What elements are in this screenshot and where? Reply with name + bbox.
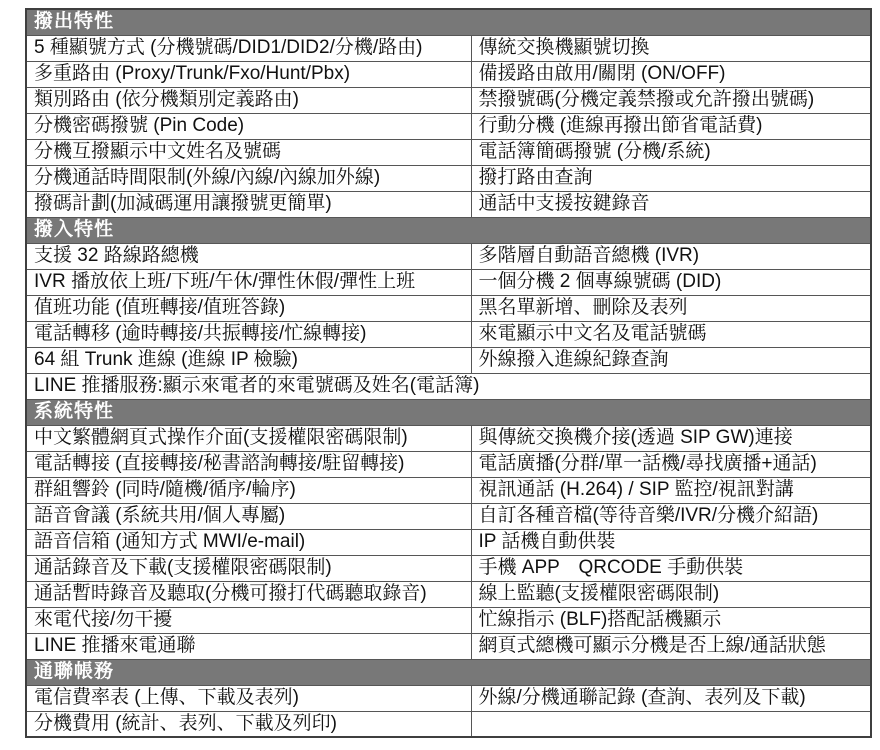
feature-cell-left: 分機互撥顯示中文姓名及號碼 [26,139,471,165]
feature-spec-table: 撥出特性 5 種顯號方式 (分機號碼/DID1/DID2/分機/路由) 傳統交換… [25,8,872,738]
feature-cell-left: IVR 播放依上班/下班/午休/彈性休假/彈性上班 [26,269,471,295]
feature-cell-right: 來電顯示中文名及電話號碼 [471,321,871,347]
feature-row: 群組響鈴 (同時/隨機/循序/輪序) 視訊通話 (H.264) / SIP 監控… [26,477,871,503]
feature-cell-left: 多重路由 (Proxy/Trunk/Fxo/Hunt/Pbx) [26,61,471,87]
feature-row: IVR 播放依上班/下班/午休/彈性休假/彈性上班 一個分機 2 個專線號碼 (… [26,269,871,295]
feature-cell-right: 多階層自動語音總機 (IVR) [471,243,871,269]
section-title-incoming: 撥入特性 [26,217,871,243]
feature-cell-left: 5 種顯號方式 (分機號碼/DID1/DID2/分機/路由) [26,35,471,61]
feature-cell-full: LINE 推播服務:顯示來電者的來電號碼及姓名(電話簿) [26,373,871,399]
section-title-billing: 通聯帳務 [26,659,871,685]
feature-row: 值班功能 (值班轉接/值班答錄) 黑名單新增、刪除及表列 [26,295,871,321]
feature-row: 撥碼計劃(加減碼運用讓撥號更簡單) 通話中支援按鍵錄音 [26,191,871,217]
feature-row: 分機通話時間限制(外線/內線/內線加外線) 撥打路由查詢 [26,165,871,191]
feature-cell-left: 支援 32 路線路總機 [26,243,471,269]
feature-cell-right: 手機 APP QRCODE 手動供裝 [471,555,871,581]
feature-cell-left: 電信費率表 (上傳、下載及表列) [26,685,471,711]
section-title-outgoing: 撥出特性 [26,9,871,35]
feature-row: 分機密碼撥號 (Pin Code) 行動分機 (進線再撥出節省電話費) [26,113,871,139]
feature-cell-left: 分機費用 (統計、表列、下載及列印) [26,711,471,737]
feature-row: 支援 32 路線路總機 多階層自動語音總機 (IVR) [26,243,871,269]
feature-cell-left: 語音信箱 (通知方式 MWI/e-mail) [26,529,471,555]
feature-cell-left: 來電代接/勿干擾 [26,607,471,633]
section-header-row: 通聯帳務 [26,659,871,685]
feature-cell-left: 通話錄音及下載(支援權限密碼限制) [26,555,471,581]
section-title-system: 系統特性 [26,399,871,425]
feature-cell-left: 分機通話時間限制(外線/內線/內線加外線) [26,165,471,191]
feature-cell-right: 傳統交換機顯號切換 [471,35,871,61]
feature-cell-right: 外線撥入進線紀錄查詢 [471,347,871,373]
feature-row: 電信費率表 (上傳、下載及表列) 外線/分機通聯記錄 (查詢、表列及下載) [26,685,871,711]
feature-cell-right: 撥打路由查詢 [471,165,871,191]
feature-cell-left: 群組響鈴 (同時/隨機/循序/輪序) [26,477,471,503]
feature-cell-right: 行動分機 (進線再撥出節省電話費) [471,113,871,139]
feature-cell-left: 類別路由 (依分機類別定義路由) [26,87,471,113]
feature-row: 語音會議 (系統共用/個人專屬) 自訂各種音檔(等待音樂/IVR/分機介紹語) [26,503,871,529]
feature-cell-right: 禁撥號碼(分機定義禁撥或允許撥出號碼) [471,87,871,113]
feature-cell-left: 語音會議 (系統共用/個人專屬) [26,503,471,529]
feature-cell-right: 忙線指示 (BLF)搭配話機顯示 [471,607,871,633]
feature-row: 通話錄音及下載(支援權限密碼限制) 手機 APP QRCODE 手動供裝 [26,555,871,581]
feature-cell-left: LINE 推播來電通聯 [26,633,471,659]
feature-row: 分機費用 (統計、表列、下載及列印) [26,711,871,737]
feature-cell-left: 撥碼計劃(加減碼運用讓撥號更簡單) [26,191,471,217]
feature-row: 5 種顯號方式 (分機號碼/DID1/DID2/分機/路由) 傳統交換機顯號切換 [26,35,871,61]
feature-cell-right [471,711,871,737]
feature-cell-right: 與傳統交換機介接(透過 SIP GW)連接 [471,425,871,451]
feature-cell-right: 備援路由啟用/關閉 (ON/OFF) [471,61,871,87]
feature-cell-left: 分機密碼撥號 (Pin Code) [26,113,471,139]
feature-cell-left: 電話轉接 (直接轉接/秘書諮詢轉接/駐留轉接) [26,451,471,477]
feature-cell-right: 自訂各種音檔(等待音樂/IVR/分機介紹語) [471,503,871,529]
section-header-row: 撥出特性 [26,9,871,35]
feature-cell-left: 中文繁體網頁式操作介面(支援權限密碼限制) [26,425,471,451]
feature-cell-right: 通話中支援按鍵錄音 [471,191,871,217]
feature-cell-right: 黑名單新增、刪除及表列 [471,295,871,321]
feature-row: 電話轉移 (逾時轉接/共振轉接/忙線轉接) 來電顯示中文名及電話號碼 [26,321,871,347]
feature-cell-right: 外線/分機通聯記錄 (查詢、表列及下載) [471,685,871,711]
feature-cell-right: 網頁式總機可顯示分機是否上線/通話狀態 [471,633,871,659]
feature-cell-right: 電話簿簡碼撥號 (分機/系統) [471,139,871,165]
feature-row: LINE 推播服務:顯示來電者的來電號碼及姓名(電話簿) [26,373,871,399]
feature-row: 語音信箱 (通知方式 MWI/e-mail) IP 話機自動供裝 [26,529,871,555]
feature-cell-left: 值班功能 (值班轉接/值班答錄) [26,295,471,321]
feature-row: 分機互撥顯示中文姓名及號碼 電話簿簡碼撥號 (分機/系統) [26,139,871,165]
feature-row: 64 組 Trunk 進線 (進線 IP 檢驗) 外線撥入進線紀錄查詢 [26,347,871,373]
feature-row: 通話暫時錄音及聽取(分機可撥打代碼聽取錄音) 線上監聽(支援權限密碼限制) [26,581,871,607]
feature-row: 多重路由 (Proxy/Trunk/Fxo/Hunt/Pbx) 備援路由啟用/關… [26,61,871,87]
section-header-row: 撥入特性 [26,217,871,243]
feature-cell-left: 64 組 Trunk 進線 (進線 IP 檢驗) [26,347,471,373]
feature-cell-right: 電話廣播(分群/單一話機/尋找廣播+通話) [471,451,871,477]
feature-row: LINE 推播來電通聯 網頁式總機可顯示分機是否上線/通話狀態 [26,633,871,659]
features-table: 撥出特性 5 種顯號方式 (分機號碼/DID1/DID2/分機/路由) 傳統交換… [25,8,872,738]
feature-row: 中文繁體網頁式操作介面(支援權限密碼限制) 與傳統交換機介接(透過 SIP GW… [26,425,871,451]
feature-cell-left: 電話轉移 (逾時轉接/共振轉接/忙線轉接) [26,321,471,347]
feature-cell-right: 一個分機 2 個專線號碼 (DID) [471,269,871,295]
feature-row: 類別路由 (依分機類別定義路由) 禁撥號碼(分機定義禁撥或允許撥出號碼) [26,87,871,113]
feature-row: 來電代接/勿干擾 忙線指示 (BLF)搭配話機顯示 [26,607,871,633]
section-header-row: 系統特性 [26,399,871,425]
feature-cell-right: 線上監聽(支援權限密碼限制) [471,581,871,607]
feature-cell-right: 視訊通話 (H.264) / SIP 監控/視訊對講 [471,477,871,503]
feature-cell-left: 通話暫時錄音及聽取(分機可撥打代碼聽取錄音) [26,581,471,607]
feature-cell-right: IP 話機自動供裝 [471,529,871,555]
feature-row: 電話轉接 (直接轉接/秘書諮詢轉接/駐留轉接) 電話廣播(分群/單一話機/尋找廣… [26,451,871,477]
